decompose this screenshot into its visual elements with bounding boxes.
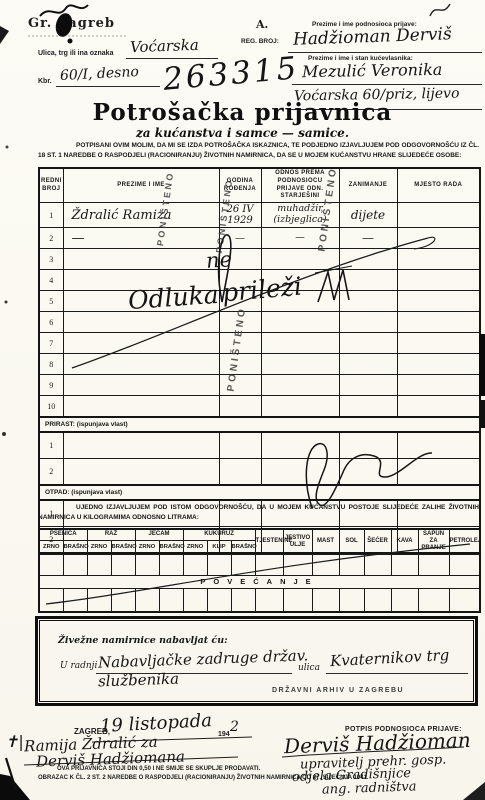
stocks-declaration-text: UJEDNO IZJAVLJUJEM POD ISTOM ODGOVORNOŠĆ… [38,504,479,521]
col-sapun: SAPUN ZA PRANJE [418,529,449,554]
col-secer: ŠEĆER [364,529,391,554]
cell-name [63,333,219,354]
cell-birth-year [219,396,261,418]
shop-heading: Živežne namirnice nabavljat ću: [58,635,228,646]
household-row: 6 [39,312,480,333]
handwritten-note-ne: ne [205,247,233,273]
scan-speck [2,432,6,436]
form-title: Potrošačka prijavnica [0,99,485,126]
cell-workplace [397,432,480,459]
houseowner-name-handwriting: Mezulić Veronika [302,60,443,81]
footer-year-handwriting: 2 [230,719,239,735]
household-row: 3 [39,249,480,270]
signature-title-line3: ang. radništva [322,779,417,797]
col-header-prezime-ime: PREZIME I IME [63,168,219,203]
row-number: 2 [39,228,63,249]
household-row: 9 [39,375,480,396]
torn-corner [0,774,30,800]
cell-name [63,396,219,418]
cell-relation [261,432,339,459]
shop-name-handwriting-line2: službenika [98,670,180,691]
stocks-increase-row: POVEĆANJE [39,575,480,588]
cell-relation [261,312,339,333]
cell-occupation [339,375,397,396]
cell-occupation: — [339,228,397,249]
sub-brasno: BRAŠNO [231,540,255,554]
footer-cross-mark: ✝| [5,732,24,751]
cell-occupation [339,270,397,291]
cell-occupation [339,459,397,486]
cell-workplace [397,228,480,249]
cell-relation [261,375,339,396]
cell-occupation [339,312,397,333]
cell-birth-year [219,459,261,486]
otpad-label: OTPAD: (ispunjava vlast) [39,485,480,500]
cell-name: — [63,228,219,249]
shop-street-label: ulica [298,663,320,673]
footer-year-print: 194 [218,731,230,738]
pen-mark [430,4,450,16]
cell-workplace [397,396,480,418]
shop-declaration-box: Živežne namirnice nabavljat ću: U radnji… [35,616,478,706]
sub-zrno: ZRNO [87,540,111,554]
col-mast: MAST [312,529,339,554]
ink-drip [68,39,73,44]
increase-label: POVEĆANJE [39,575,480,588]
row-number: 1 [39,203,63,228]
house-number-label: Kbr. [38,78,52,85]
footer-price-note: OVA PRIJAVNICA STOJI DIN 0,50 I NE SMIJE… [57,766,260,772]
col-header-zanimanje: ZANIMANJE [339,168,397,203]
col-header-mjesto-rada: MJESTO RADA [397,168,480,203]
household-row: 2 — — — — [39,228,480,249]
col-kava: KAVA [391,529,418,554]
shop-name-label: U radnji [60,661,97,671]
row-number: 8 [39,354,63,375]
house-number-value-handwriting: 60/I, desno [60,64,140,84]
col-jestivo-ulje: JESTIVO ULJE [283,529,312,554]
stocks-declaration-paragraph: UJEDNO IZJAVLJUJEM POD ISTOM ODGOVORNOŠĆ… [38,503,479,523]
form-subtitle: za kućanstva i samce — samice. [0,126,485,140]
scan-speck [5,301,8,304]
row-number: 3 [39,249,63,270]
stocks-empty-row [39,554,480,575]
house-number-underline [56,86,160,87]
household-row: 1 Ždralić Ramiza 26 IV 1929 muhadžir (iz… [39,203,480,228]
row-number: 1 [39,432,63,459]
shop-box-inner-border: Živežne namirnice nabavljat ću: U radnji… [39,620,474,702]
prirast-row: 1 [39,432,480,459]
cell-birth-year [219,432,261,459]
scan-corner-artifact [463,782,485,800]
sub-brasno: BRAŠNO [63,540,87,554]
cell-relation [261,459,339,486]
col-petrolej: PETROLEJ [449,529,480,554]
cell-workplace [397,203,480,228]
sub-brasno: BRAŠNO [111,540,135,554]
col-psenica: PŠENICA [39,529,87,540]
household-table: REDNI BROJ PREZIME I IME GODINA ROĐENJA … [38,167,481,554]
scan-corner-artifact [0,26,9,44]
cell-workplace [397,270,480,291]
household-header-row: REDNI BROJ PREZIME I IME GODINA ROĐENJA … [39,168,480,203]
street-value-handwriting: Voćarska [130,36,199,56]
cell-occupation [339,333,397,354]
ink-scribble [40,5,88,16]
cell-workplace [397,312,480,333]
shop-street-handwriting: Kvaternikov trg [330,646,450,670]
col-raz: RAŽ [87,529,135,540]
prirast-row: 2 [39,459,480,486]
household-row: 10 [39,396,480,418]
sub-klip: KLIP [207,540,231,554]
col-jecam: JEČAM [135,529,183,540]
cell-workplace [397,291,480,312]
section-letter: A. [256,18,268,31]
sub-zrno: ZRNO [135,540,159,554]
cell-workplace [397,459,480,486]
cell-name [63,432,219,459]
cell-occupation [339,396,397,418]
shop-name-handwriting: Nabavljačke zadruge držav. [98,646,309,671]
cell-name [63,312,219,333]
row-number: 5 [39,291,63,312]
cell-name [63,375,219,396]
applicant-underline [288,52,482,53]
household-row: 8 [39,354,480,375]
applicant-name-handwriting: Hadžioman Derviš [293,24,452,50]
cell-name: Ždralić Ramiza [63,203,219,228]
cell-workplace [397,333,480,354]
sub-zrno: ZRNO [39,540,63,554]
stocks-group-header-row: PŠENICA RAŽ JEČAM KUKURUZ TJESTENINE JES… [39,529,480,540]
scan-scratch [6,758,16,790]
declaration-text: POTPISANI OVIM MOLIM, DA MI SE IZDA POTR… [38,142,479,159]
cell-name [63,354,219,375]
prirast-section-label-row: PRIRAST: (ispunjava vlast) [39,417,480,432]
cell-name [63,459,219,486]
cell-workplace [397,354,480,375]
registration-number-label: REG. BROJ: [241,38,279,45]
col-header-redni-broj: REDNI BROJ [39,168,63,203]
sub-zrno: ZRNO [183,540,207,554]
row-number: 6 [39,312,63,333]
household-row: 7 [39,333,480,354]
cell-relation [261,354,339,375]
col-sol: SOL [339,529,364,554]
otpad-section-label-row: OTPAD: (ispunjava vlast) [39,485,480,500]
scan-speck [6,146,9,149]
sub-brasno: BRAŠNO [159,540,183,554]
cell-relation [261,396,339,418]
row-number: 7 [39,333,63,354]
stocks-empty-row [39,588,480,612]
prirast-label: PRIRAST: (ispunjava vlast) [39,417,480,432]
cell-occupation [339,432,397,459]
cell-name [63,249,219,270]
cell-occupation [339,354,397,375]
cell-relation [261,333,339,354]
declaration-paragraph: POTPISANI OVIM MOLIM, DA MI SE IZDA POTR… [38,141,479,161]
col-tjestenine: TJESTENINE [255,529,283,554]
scanned-form-page: Gr. Zagreb Ulica, trg ili ina oznaka Voć… [0,0,485,800]
shop-street-underline [326,673,468,674]
cell-workplace [397,249,480,270]
cell-workplace [397,375,480,396]
row-number: 9 [39,375,63,396]
row-number: 2 [39,459,63,486]
cell-occupation [339,291,397,312]
col-kukuruz: KUKURUZ [183,529,255,540]
row-number: 4 [39,270,63,291]
cell-occupation [339,249,397,270]
street-label: Ulica, trg ili ina oznaka [38,50,113,57]
cell-occupation: dijete [339,203,397,228]
row-number: 10 [39,396,63,418]
stocks-table: PŠENICA RAŽ JEČAM KUKURUZ TJESTENINE JES… [38,528,481,613]
city-heading: Gr. Zagreb [28,16,115,31]
state-archive-stamp: DRŽAVNI ARHIV U ZAGREBU [272,687,404,694]
